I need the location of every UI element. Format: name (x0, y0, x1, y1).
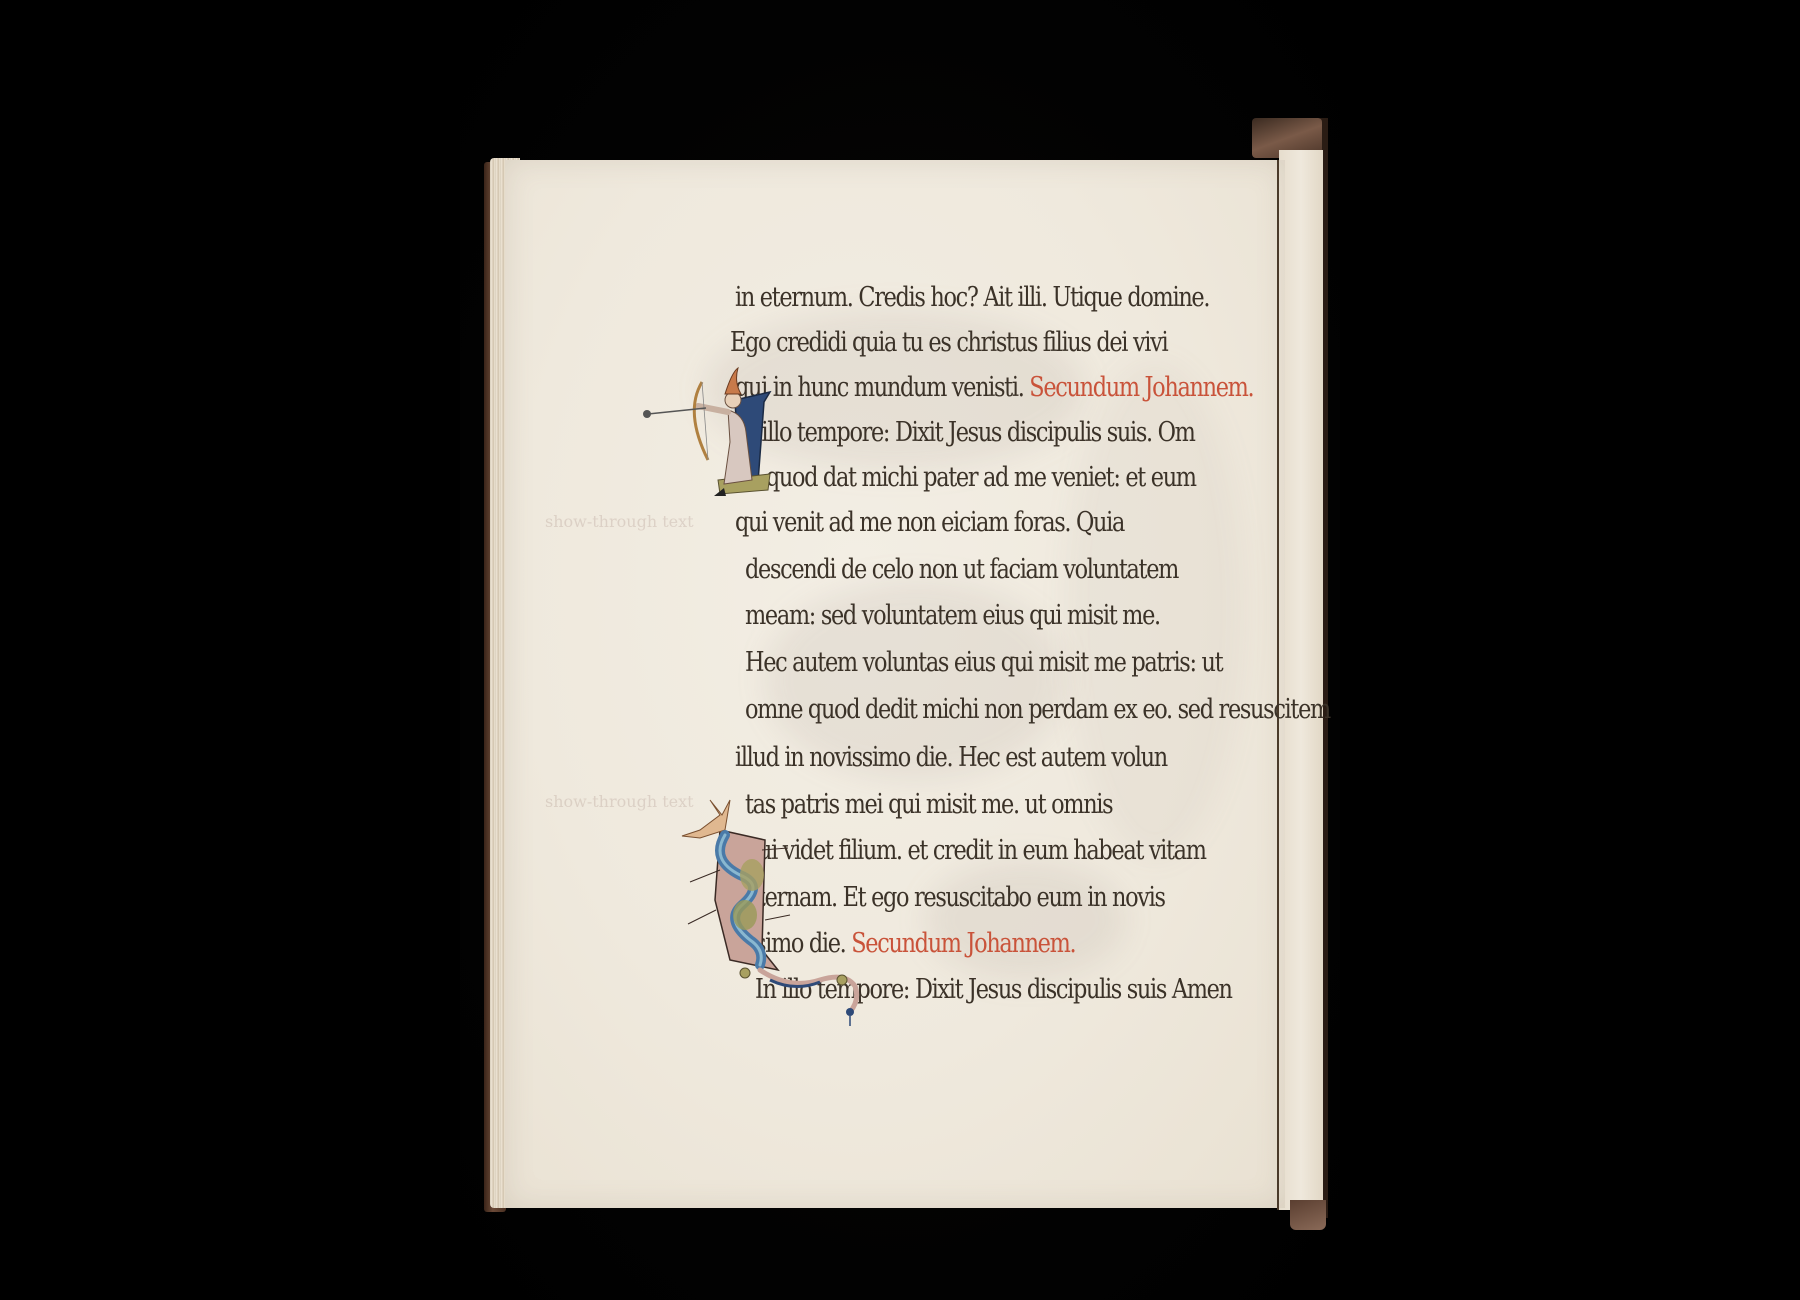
text-line: qui in hunc mundum venisti. Secundum Joh… (735, 372, 1253, 412)
text-line: Hec autem voluntas eius qui misit me pat… (745, 647, 1222, 687)
text-line: Ego credidi quia tu es christus filius d… (730, 327, 1167, 367)
text-line: descendi de celo non ut faciam voluntate… (745, 554, 1178, 594)
rubric: Secundum Johannem. (1029, 372, 1253, 403)
text-line: meam: sed voluntatem eius qui misit me. (745, 600, 1160, 640)
ghost-text: show-through text (545, 512, 694, 531)
text-line: omne quod dedit michi non perdam ex eo. … (745, 694, 1330, 734)
text-line: illud in novissimo die. Hec est autem vo… (735, 742, 1167, 782)
gutter (1277, 160, 1279, 1210)
text-line: in eternum. Credis hoc? Ait illi. Utique… (735, 282, 1209, 322)
book-corner (1290, 1200, 1326, 1230)
text-line: In illo tempore: Dixit Jesus discipulis … (735, 417, 1195, 457)
facing-page-edge (1279, 150, 1323, 1210)
text-line: ne quod dat michi pater ad me veniet: et… (735, 462, 1196, 502)
text-line: qui venit ad me non eiciam foras. Quia (735, 507, 1124, 547)
dragon-initial-icon (670, 790, 900, 1030)
archer-initial-icon (640, 362, 790, 512)
